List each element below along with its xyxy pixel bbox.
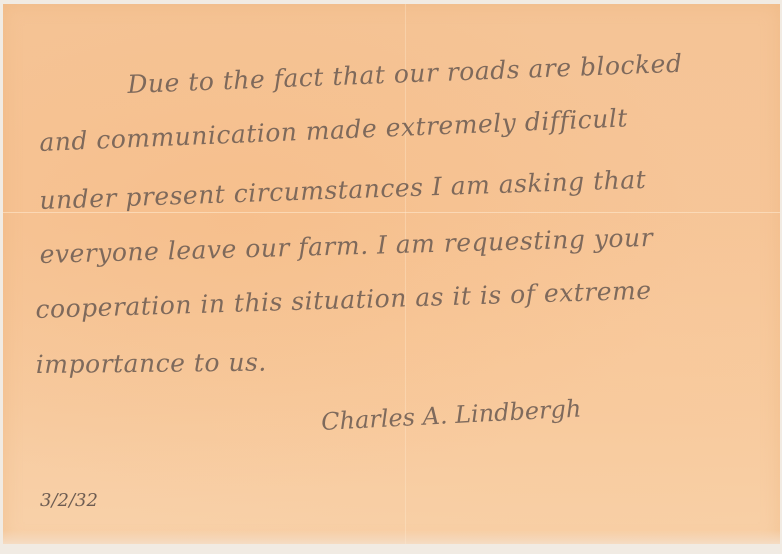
paper-bottom-edge [3,530,780,544]
document-frame: Due to the fact that our roads are block… [0,0,782,554]
letter-line-6: importance to us. [36,348,267,379]
letter-date: 3/2/32 [40,490,98,511]
